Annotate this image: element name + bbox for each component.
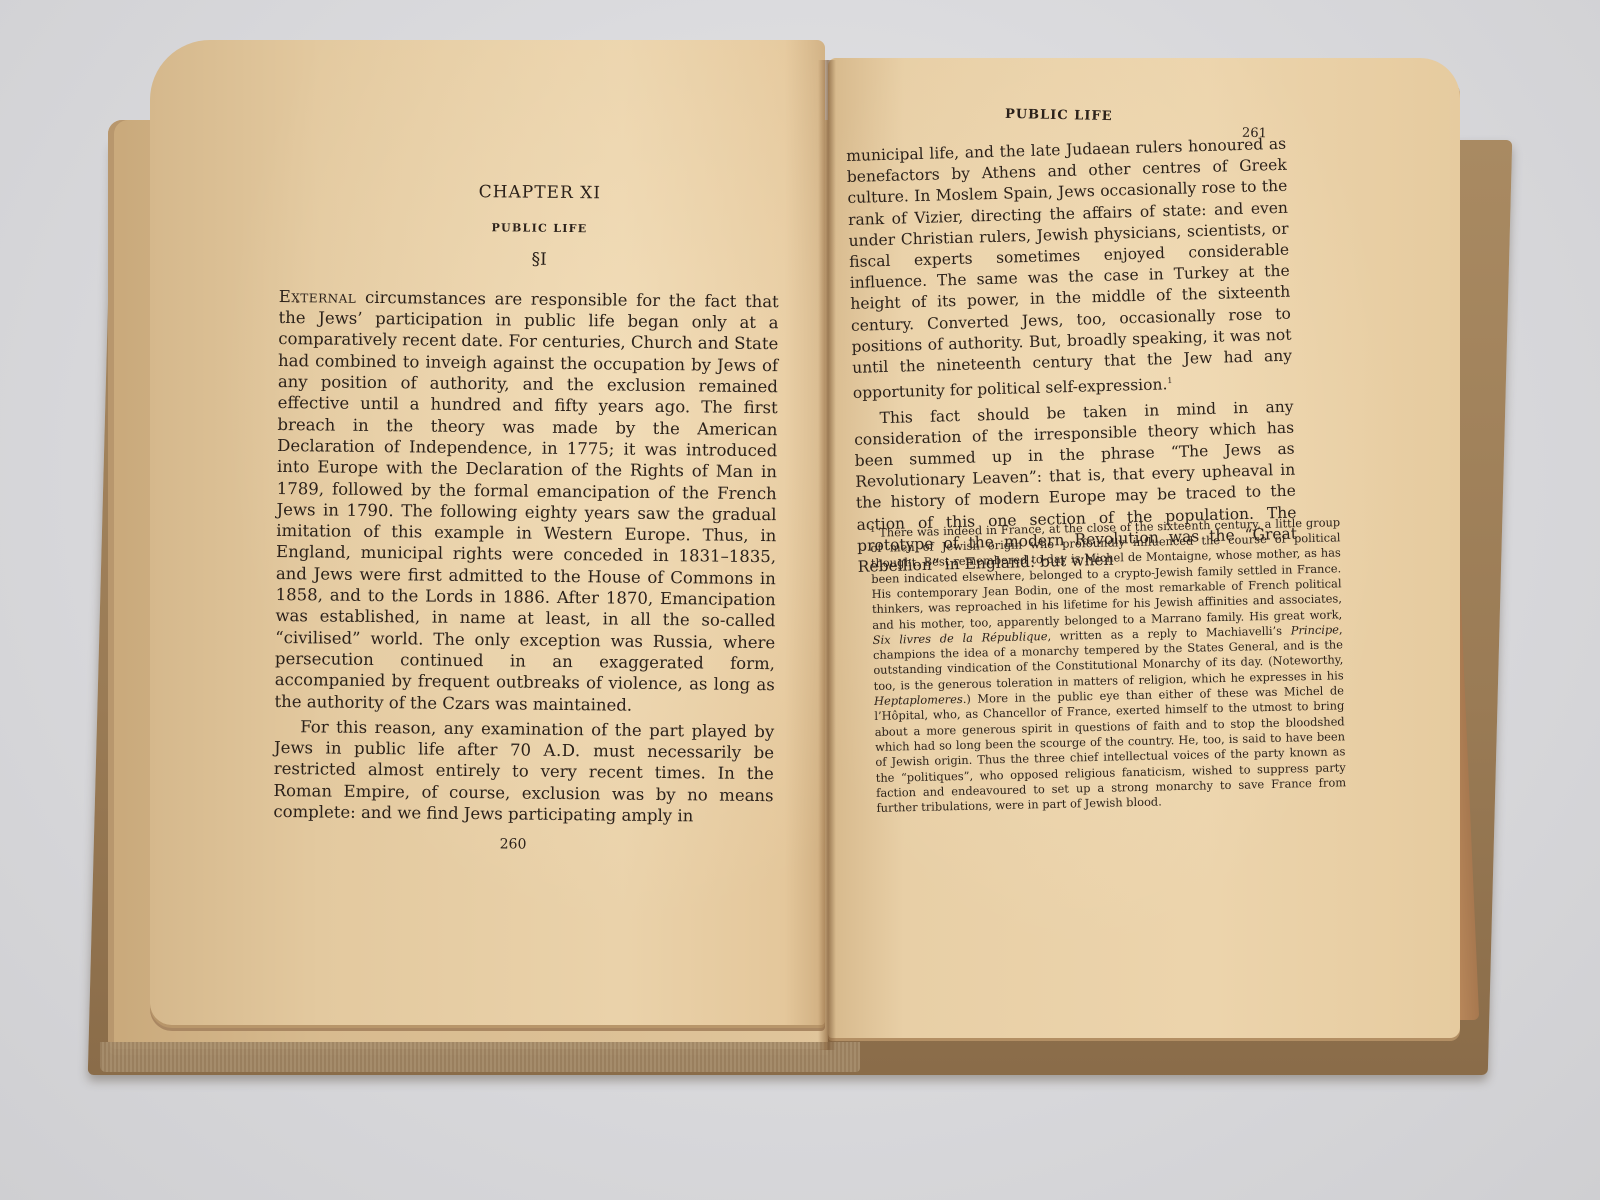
footnote-text-a: There was indeed in France, at the close… — [870, 515, 1342, 631]
drop-lead-word: External — [279, 287, 357, 307]
paragraph-1: External circumstances are responsible f… — [274, 286, 778, 717]
paragraph-1-body: circumstances are responsible for the fa… — [274, 288, 778, 715]
section-title: PUBLIC LIFE — [289, 215, 789, 242]
footnote-title-heptaplomeres: Heptaplomeres — [874, 692, 963, 708]
chapter-title: CHAPTER XI — [290, 180, 790, 207]
era-abbreviation: A.D. — [544, 741, 581, 760]
book-cloth-spine-edge — [100, 1042, 860, 1072]
right-paragraph-1: municipal life, and the late Judaean rul… — [846, 134, 1293, 405]
paragraph-2: For this reason, any examination of the … — [273, 716, 774, 828]
footnote-reference: 1 — [1167, 376, 1172, 385]
right-page-text: municipal life, and the late Judaean rul… — [846, 134, 1298, 578]
footnote: 1 There was indeed in France, at the clo… — [870, 511, 1347, 816]
section-mark: §I — [289, 247, 789, 274]
page-blemish — [296, 300, 299, 303]
left-page-text: CHAPTER XI PUBLIC LIFE §I External circu… — [273, 180, 780, 859]
running-head: PUBLIC LIFE — [1005, 107, 1113, 124]
footnote-title-principe: Principe — [1291, 622, 1339, 637]
right-paragraph-1-body: municipal life, and the late Judaean rul… — [846, 135, 1292, 403]
